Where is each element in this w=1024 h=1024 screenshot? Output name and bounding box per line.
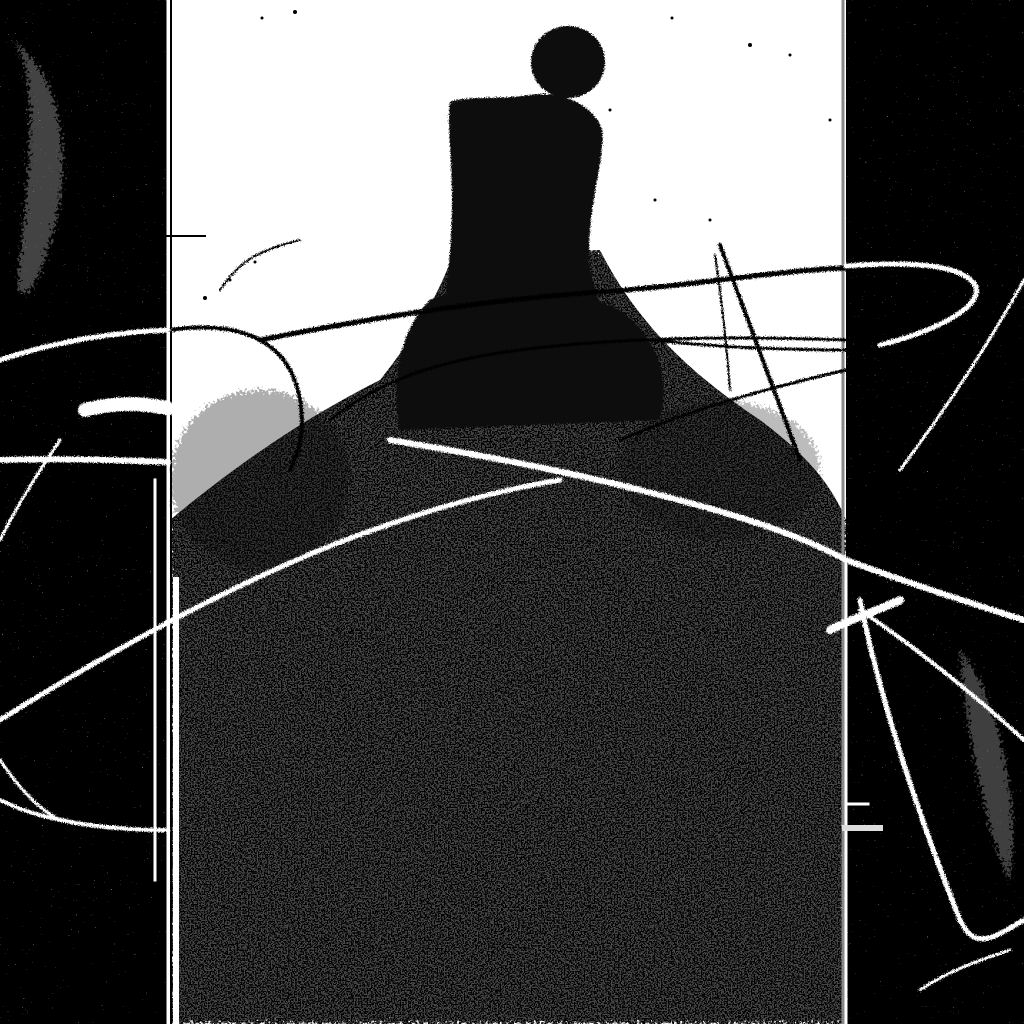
abstract-artwork [0,0,1024,1024]
left-dark-texture-panel [0,0,168,1024]
right-dark-texture-panel [846,0,1024,1024]
